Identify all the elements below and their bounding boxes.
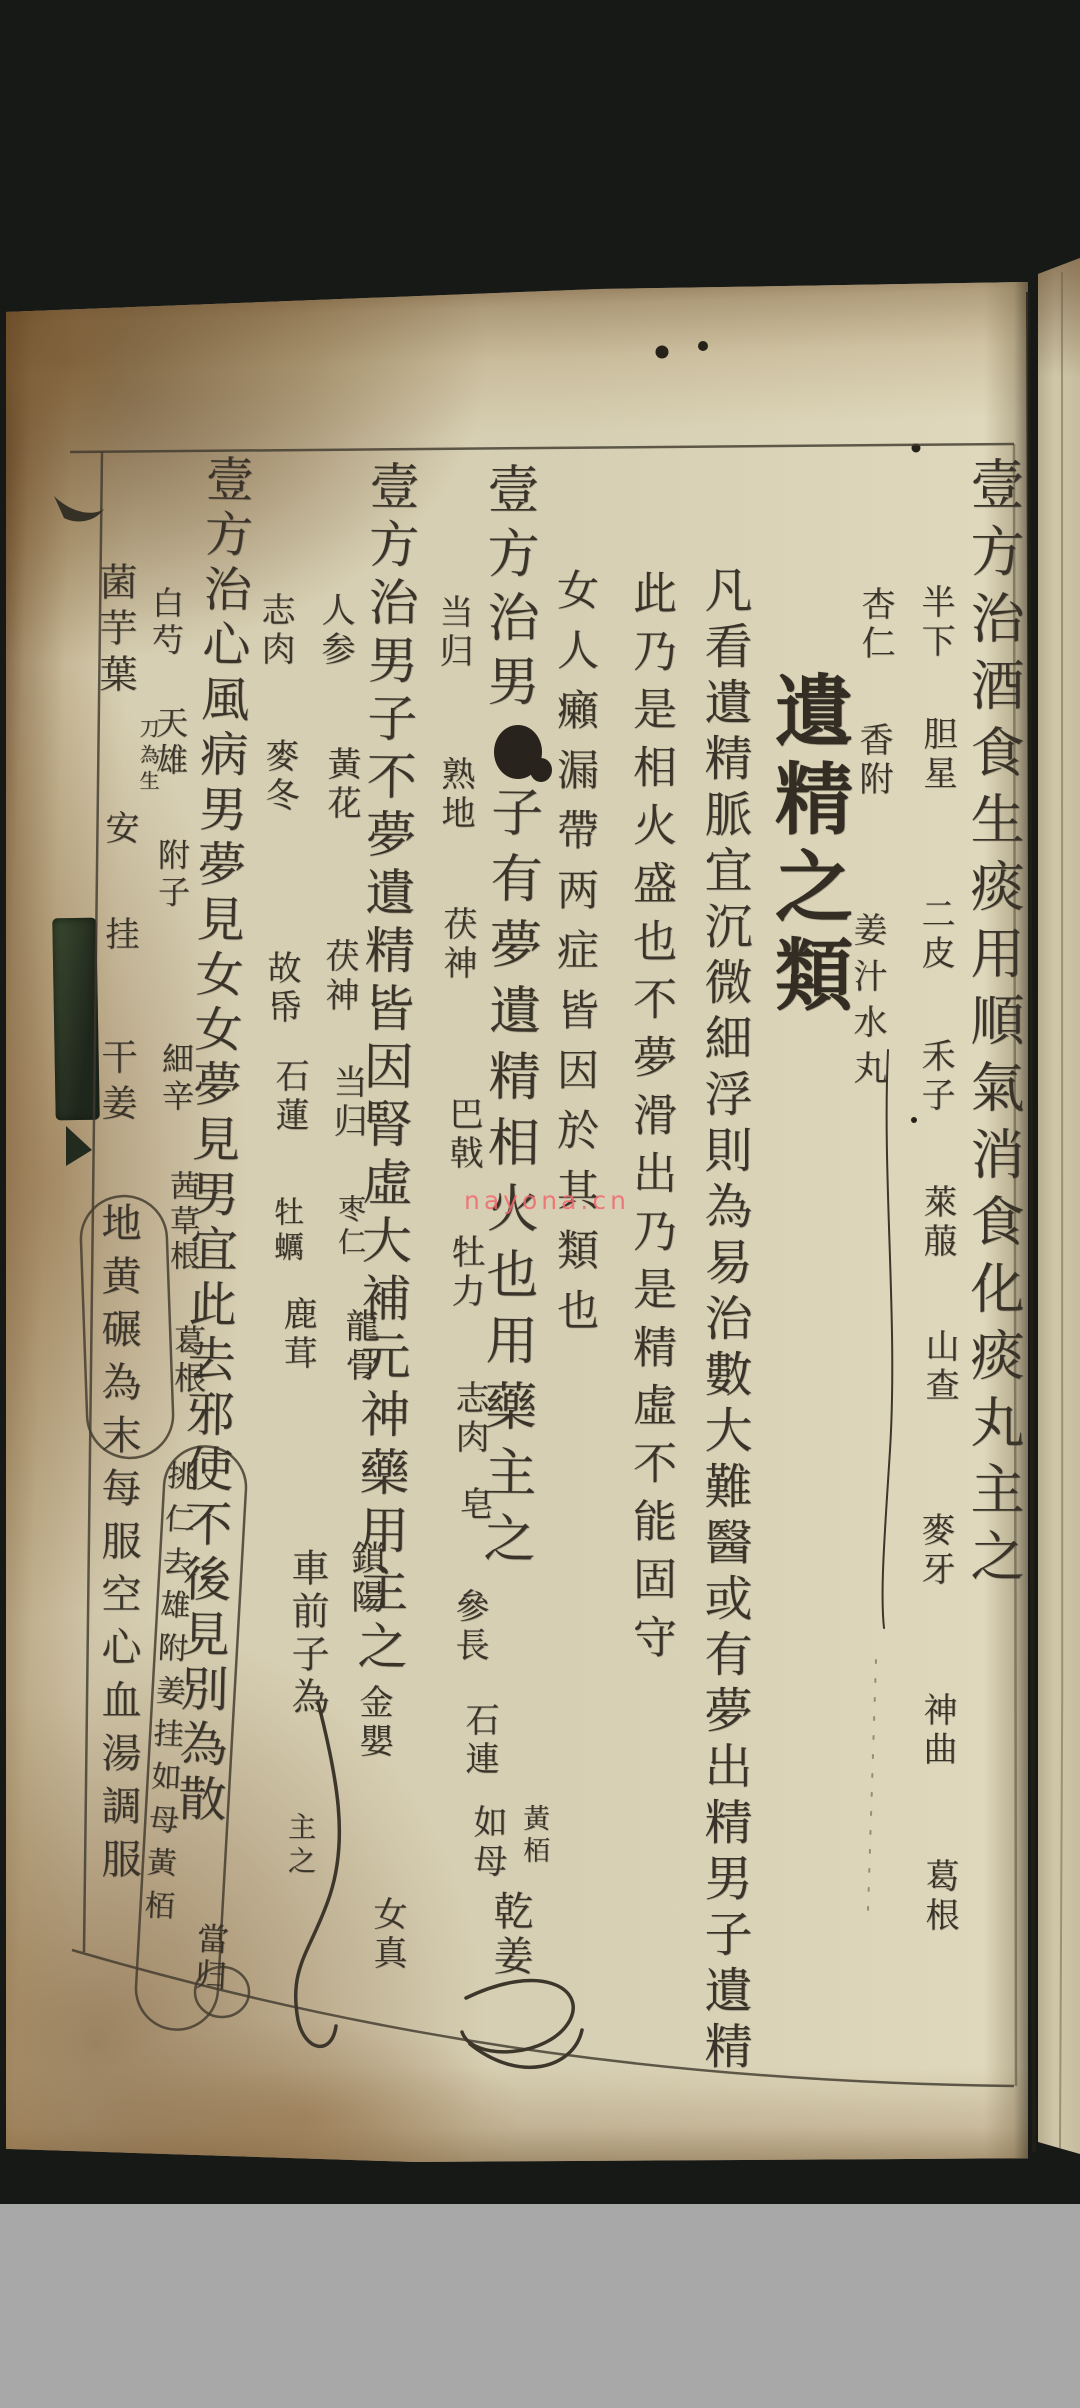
letterbox-strip <box>0 2204 1080 2408</box>
drug-label: 神曲 <box>920 1692 954 1770</box>
drug-label: 葛根 <box>922 1858 956 1936</box>
drug-label: 細辛 <box>160 1042 192 1116</box>
drug-label: 黃花 <box>324 746 358 824</box>
site-watermark: nayona.cn <box>464 1186 630 1215</box>
recipe2-main-column-end: 子有夢遺精相火也用藥主之 <box>478 785 538 1578</box>
drug-label: 參長 <box>452 1588 486 1666</box>
drug-label: 女真 <box>370 1896 404 1974</box>
drug-label: 乾姜 <box>490 1890 530 1980</box>
intro-line1-column: 凡看遺精脈宜沉微細浮則為易治數大難醫或有夢出精男子遺精 <box>700 565 748 2077</box>
drug-label: 志肉 <box>452 1380 486 1458</box>
spine-tab <box>52 918 100 1121</box>
drug-label: 牡力 <box>448 1234 482 1312</box>
drug-label: 金嬰 <box>356 1684 390 1762</box>
intro-note-column: 此乃是相火盛也不夢滑出乃是精虛不能固守 <box>628 570 672 1672</box>
manuscript-photo: 壹方治酒食生痰用順氣消食化痰丸主之 半下 胆星 二皮 禾子 萊菔 山查 麥牙 神… <box>0 0 1080 2408</box>
drug-label: 茯神 <box>440 906 474 984</box>
intro-line2-column: 女人癩漏帶两症皆因於其類也 <box>554 568 596 1348</box>
drug-label: 附子 <box>156 838 188 912</box>
recipe1-main-column: 壹方治酒食生痰用順氣消食化痰丸主之 <box>966 456 1020 1595</box>
drug-label: 杏仁 <box>858 586 892 664</box>
preparation-note: 姜汁水丸 <box>850 912 884 1096</box>
margin-bottom-note: 地黄碾為末每服空心血湯調服 <box>98 1202 138 1891</box>
drug-label: 麥牙 <box>918 1512 952 1590</box>
drug-label: 香附 <box>856 722 890 800</box>
recipe2-main-column-start: 壹方治男 <box>482 462 534 718</box>
drug-label: 白芍 <box>150 586 182 660</box>
drug-label: 禾子 <box>918 1038 952 1116</box>
drug-label: 山查 <box>922 1328 956 1406</box>
page-fold-crease <box>1028 292 1034 2152</box>
margin-label-small: 刀為生 <box>138 718 158 796</box>
drug-label: 鎖陽 <box>348 1540 382 1618</box>
drug-label: 半下 <box>918 584 952 662</box>
section-title: 遺精之類 <box>768 670 846 1022</box>
drug-label: 巴戟 <box>446 1096 480 1174</box>
drug-label: 龍骨 <box>342 1308 376 1386</box>
drug-label: 枣仁 <box>336 1194 364 1260</box>
drug-label: 如母 <box>470 1804 504 1882</box>
circled-note-tail: 當归 <box>192 1921 228 1995</box>
margin-item: 安挂 <box>102 810 136 1022</box>
drug-label: 石蓮 <box>272 1058 306 1136</box>
drug-label: 石連 <box>462 1702 496 1780</box>
drug-label: 鹿茸 <box>280 1296 314 1374</box>
margin-item: 干姜 <box>98 1038 134 1130</box>
adjacent-page-edge <box>1038 258 1080 2154</box>
drug-label: 皂 <box>456 1486 490 1525</box>
drug-label: 当归 <box>436 594 470 672</box>
drug-label: 車前子為 <box>288 1548 326 1720</box>
recipe4-main-suffix: 主之 <box>286 1812 314 1880</box>
drug-label: 熟地 <box>438 756 472 834</box>
drug-label: 人参 <box>318 592 352 670</box>
drug-label: 麥冬 <box>262 738 296 816</box>
page-edge-stain <box>1038 258 1080 378</box>
drug-label: 黃栢 <box>520 1804 547 1868</box>
drug-label: 胆星 <box>920 716 954 794</box>
margin-label: 菌芋葉 <box>96 562 134 700</box>
drug-label: 故帋 <box>264 950 298 1028</box>
drug-label: 牡蠣 <box>270 1196 300 1266</box>
drug-label: 志肉 <box>258 592 292 670</box>
drug-label: 萊菔 <box>920 1184 954 1262</box>
drug-label: 葛根 <box>172 1324 204 1398</box>
drug-label: 茜草根 <box>166 1170 196 1275</box>
drug-label: 二皮 <box>918 896 952 974</box>
drug-label: 茯神 <box>322 938 356 1016</box>
drug-label: 当归 <box>330 1064 364 1142</box>
